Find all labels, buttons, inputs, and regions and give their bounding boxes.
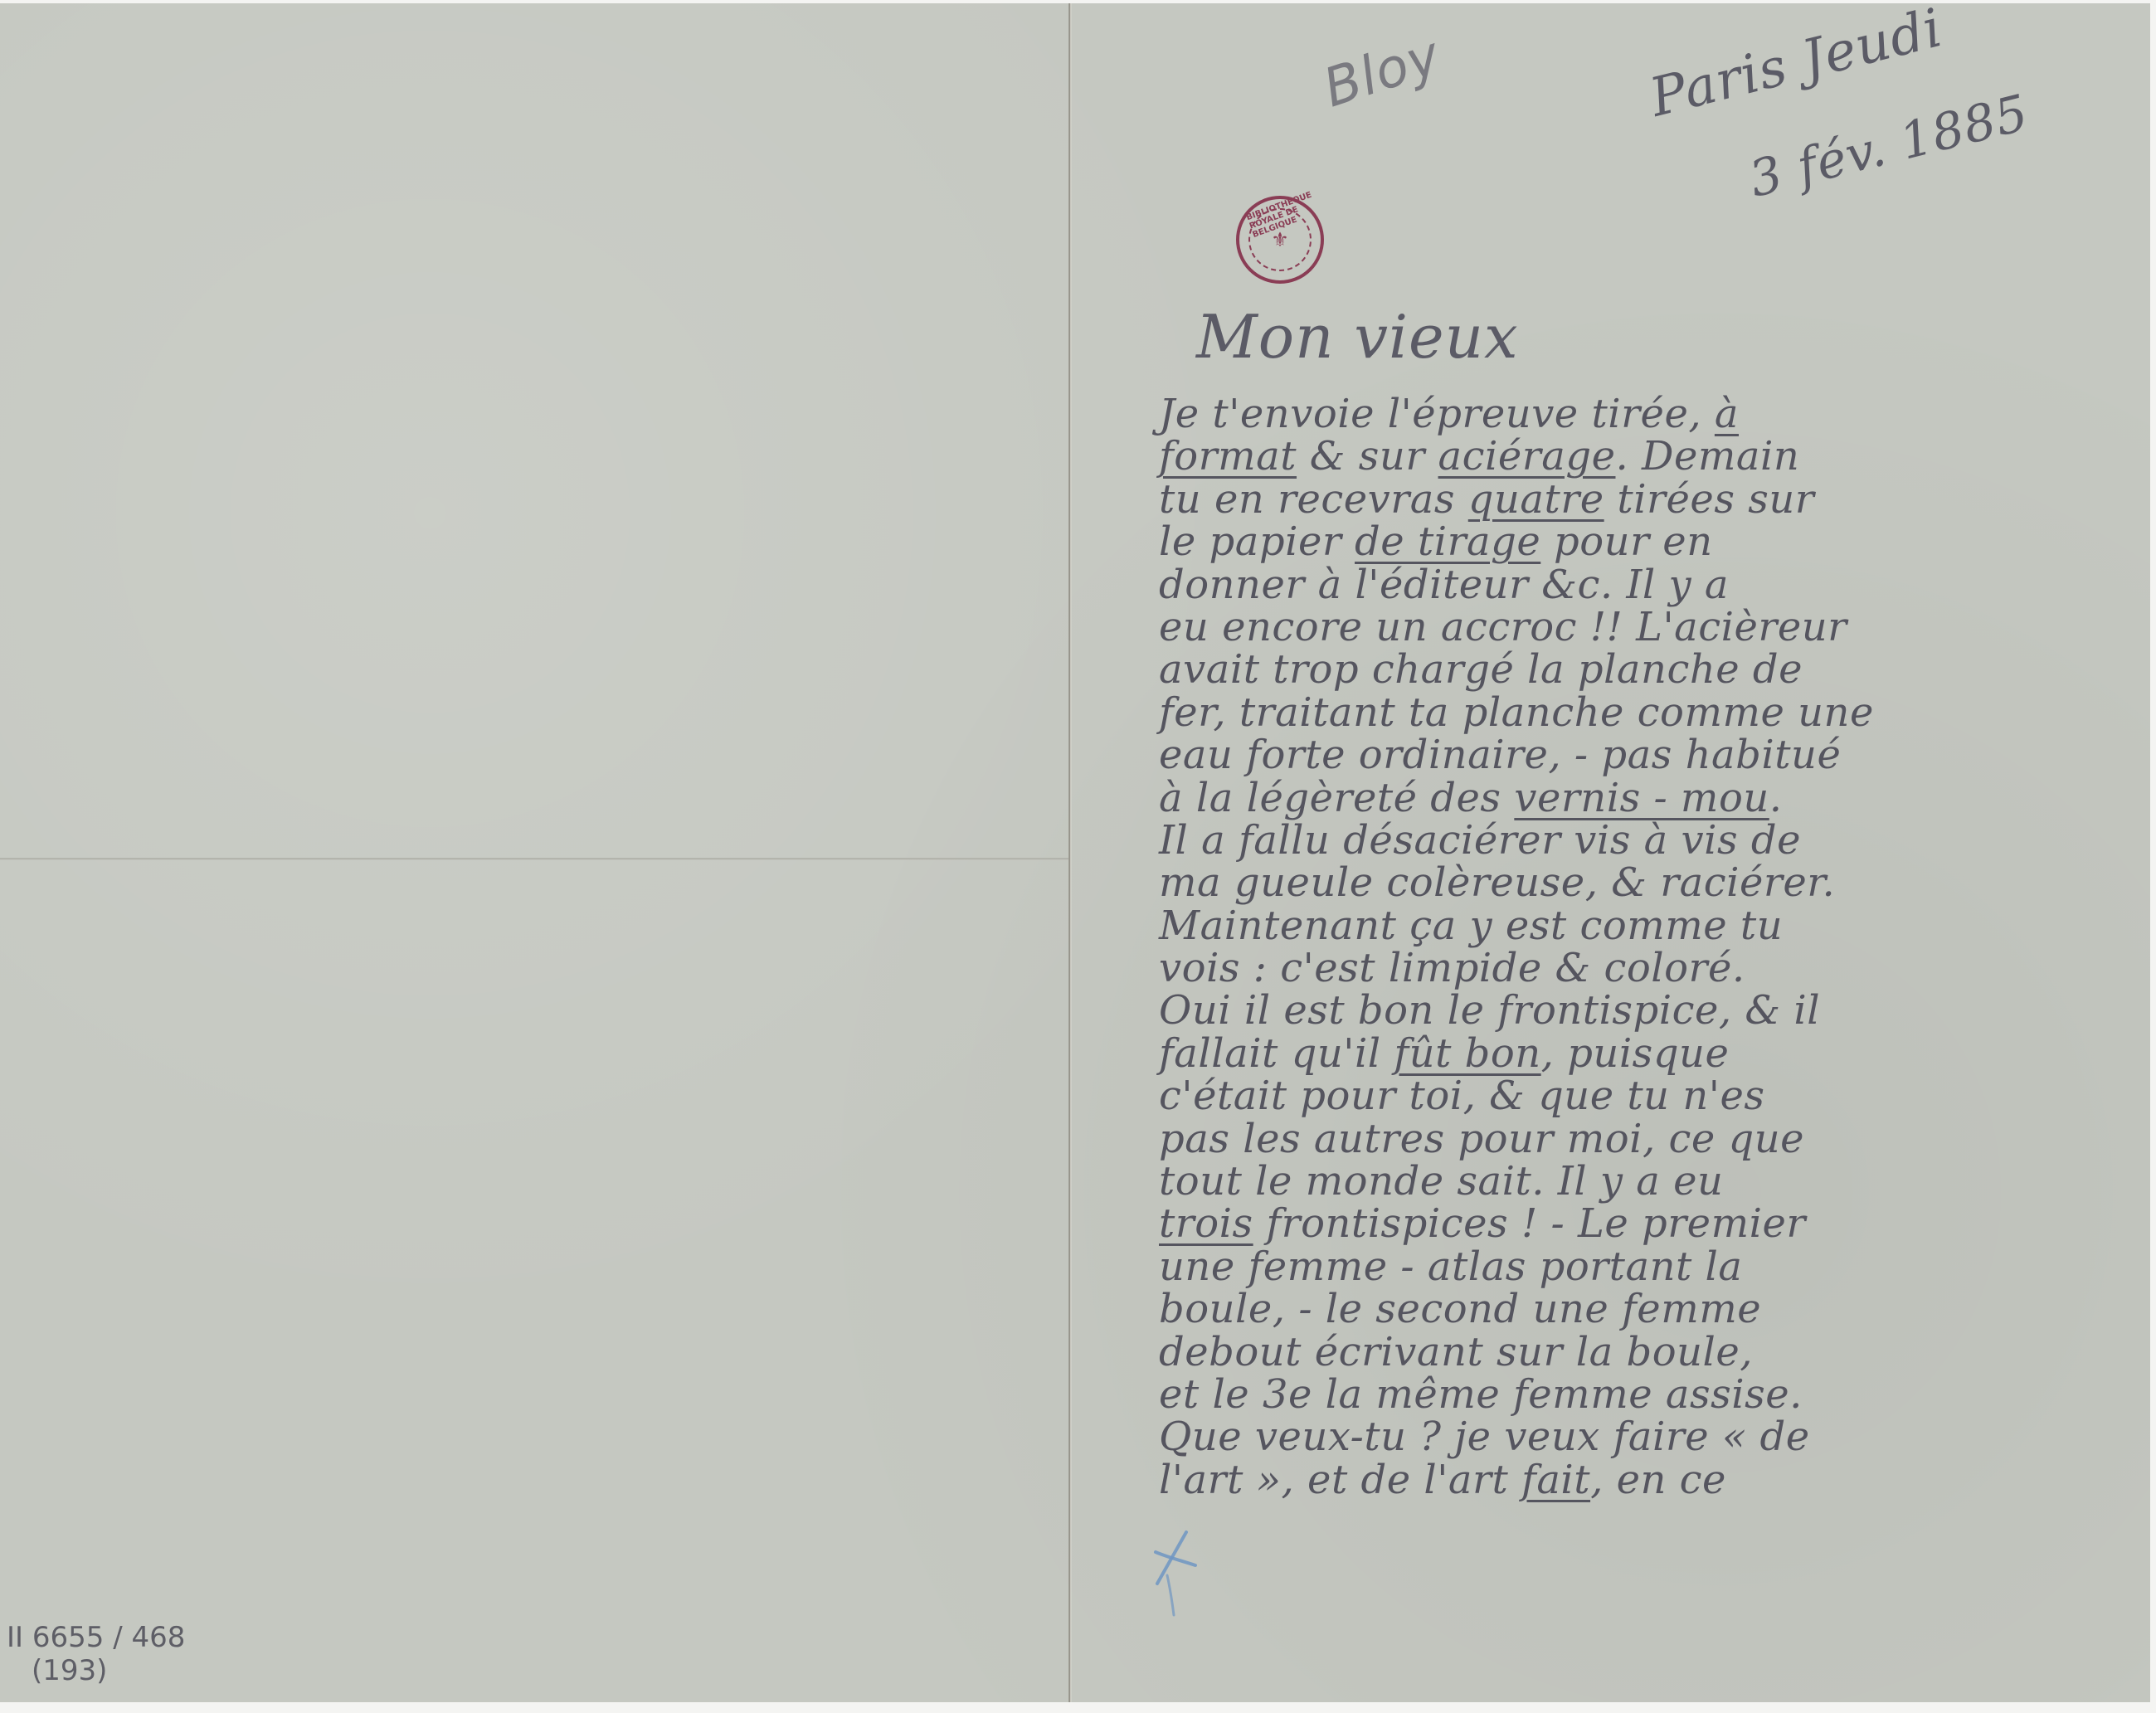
catalog-number-main: II 6655 / 468 (7, 1621, 185, 1654)
letter-line: Maintenant ça y est comme tu (1159, 905, 2138, 947)
line-text: . (1769, 775, 1783, 821)
line-text: Maintenant ça y est comme tu (1159, 903, 1783, 949)
underlined-word: vernis - mou (1514, 775, 1769, 821)
letter-line: tu en recevras quatre tirées sur (1159, 479, 2138, 521)
line-text: fer, traitant ta planche comme une (1159, 689, 1874, 736)
pencil-annotation-author: Bloy (1316, 25, 1448, 119)
letter-line: Que veux-tu ? je veux faire « de (1159, 1416, 2138, 1458)
line-text: Je t'envoie l'épreuve tirée, (1159, 391, 1715, 437)
line-text: le papier (1159, 518, 1355, 565)
line-text: fallait qu'il (1159, 1030, 1394, 1077)
letter-line: l'art », et de l'art fait, en ce (1159, 1459, 2138, 1501)
letter-body: Je t'envoie l'épreuve tirée, àformat & s… (1159, 393, 2138, 1501)
horizontal-fold-line (0, 858, 1068, 860)
line-text: , puisque (1541, 1030, 1730, 1077)
catalog-number: II 6655 / 468 (193) (7, 1621, 185, 1687)
line-text: Que veux-tu ? je veux faire « de (1159, 1414, 1810, 1460)
letter-line: une femme - atlas portant la (1159, 1246, 2138, 1288)
line-text: . Demain (1615, 433, 1799, 479)
line-text: une femme - atlas portant la (1159, 1243, 1743, 1290)
line-text: boule, - le second une femme (1159, 1286, 1761, 1332)
dateline-place-day: Paris Jeudi (1644, 0, 1949, 129)
underlined-word: format (1159, 433, 1297, 479)
line-text: donner à l'éditeur &c. Il y a (1159, 562, 1729, 608)
line-text: tout le monde sait. Il y a eu (1159, 1158, 1723, 1204)
letter-line: le papier de tirage pour en (1159, 521, 2138, 563)
underlined-word: fait (1521, 1457, 1590, 1503)
letter-sheet: II 6655 / 468 (193) Bloy Paris Jeudi 3 f… (0, 3, 2150, 1702)
line-text: frontispices ! - Le premier (1253, 1200, 1806, 1247)
catalog-number-sub: (193) (7, 1654, 185, 1687)
letter-line: ma gueule colèreuse, & raciérer. (1159, 862, 2138, 904)
line-text: Il a fallu désaciérer vis à vis de (1159, 817, 1801, 864)
letter-line: eau forte ordinaire, - pas habitué (1159, 734, 2138, 776)
line-text: eu encore un accroc !! L'acièreur (1159, 604, 1847, 650)
underlined-word: à (1715, 391, 1739, 437)
letter-line: fer, traitant ta planche comme une (1159, 692, 2138, 734)
line-text: tirées sur (1604, 476, 1815, 523)
line-text: à la légèreté des (1159, 775, 1514, 821)
letter-line: debout écrivant sur la boule, (1159, 1331, 2138, 1374)
line-text: & sur (1297, 433, 1438, 479)
letter-line: Je t'envoie l'épreuve tirée, à (1159, 393, 2138, 436)
underlined-word: trois (1159, 1200, 1253, 1247)
letter-line: tout le monde sait. Il y a eu (1159, 1161, 2138, 1203)
letter-line: fallait qu'il fût bon, puisque (1159, 1033, 2138, 1075)
letter-line: trois frontispices ! - Le premier (1159, 1203, 2138, 1245)
letter-line: c'était pour toi, & que tu n'es (1159, 1075, 2138, 1117)
letter-line: Oui il est bon le frontispice, & il (1159, 990, 2138, 1032)
line-text: , en ce (1590, 1457, 1726, 1503)
left-page-blank: II 6655 / 468 (193) (0, 3, 1068, 1702)
underlined-word: de tirage (1355, 518, 1540, 565)
right-page-letter: Bloy Paris Jeudi 3 fév. 1885 BIBLIOTHÈQU… (1072, 3, 2150, 1702)
letter-line: et le 3e la même femme assise. (1159, 1374, 2138, 1416)
line-text: pas les autres pour moi, ce que (1159, 1116, 1804, 1162)
line-text: pour en (1540, 518, 1712, 565)
letter-line: eu encore un accroc !! L'acièreur (1159, 606, 2138, 649)
line-text: l'art », et de l'art (1159, 1457, 1521, 1503)
letter-line: format & sur aciérage. Demain (1159, 436, 2138, 478)
underlined-word: fût bon (1394, 1030, 1540, 1077)
letter-line: Il a fallu désaciérer vis à vis de (1159, 820, 2138, 862)
letter-line: donner à l'éditeur &c. Il y a (1159, 564, 2138, 606)
line-text: et le 3e la même femme assise. (1159, 1371, 1803, 1418)
line-text: ma gueule colèreuse, & raciérer. (1159, 859, 1835, 906)
underlined-word: aciérage (1438, 433, 1616, 479)
line-text: debout écrivant sur la boule, (1159, 1329, 1753, 1375)
letter-line: avait trop chargé la planche de (1159, 649, 2138, 691)
line-text: tu en recevras (1159, 476, 1468, 523)
underlined-word: quatre (1468, 476, 1604, 523)
line-text: avait trop chargé la planche de (1159, 646, 1803, 693)
line-text: vois : c'est limpide & coloré. (1159, 945, 1745, 991)
library-stamp-icon: BIBLIOTHÈQUE ROYALE DE BELGIQUE ⚜ (1236, 196, 1324, 284)
letter-line: boule, - le second une femme (1159, 1288, 2138, 1331)
dateline-date: 3 fév. 1885 (1744, 84, 2034, 209)
line-text: c'était pour toi, & que tu n'es (1159, 1073, 1764, 1119)
letter-line: à la légèreté des vernis - mou. (1159, 777, 2138, 820)
salutation: Mon vieux (1196, 302, 1519, 372)
line-text: eau forte ordinaire, - pas habitué (1159, 732, 1841, 778)
line-text: Oui il est bon le frontispice, & il (1159, 987, 1820, 1034)
letter-line: pas les autres pour moi, ce que (1159, 1118, 2138, 1161)
letter-line: vois : c'est limpide & coloré. (1159, 947, 2138, 990)
blue-pencil-cross-mark-icon (1149, 1526, 1199, 1617)
